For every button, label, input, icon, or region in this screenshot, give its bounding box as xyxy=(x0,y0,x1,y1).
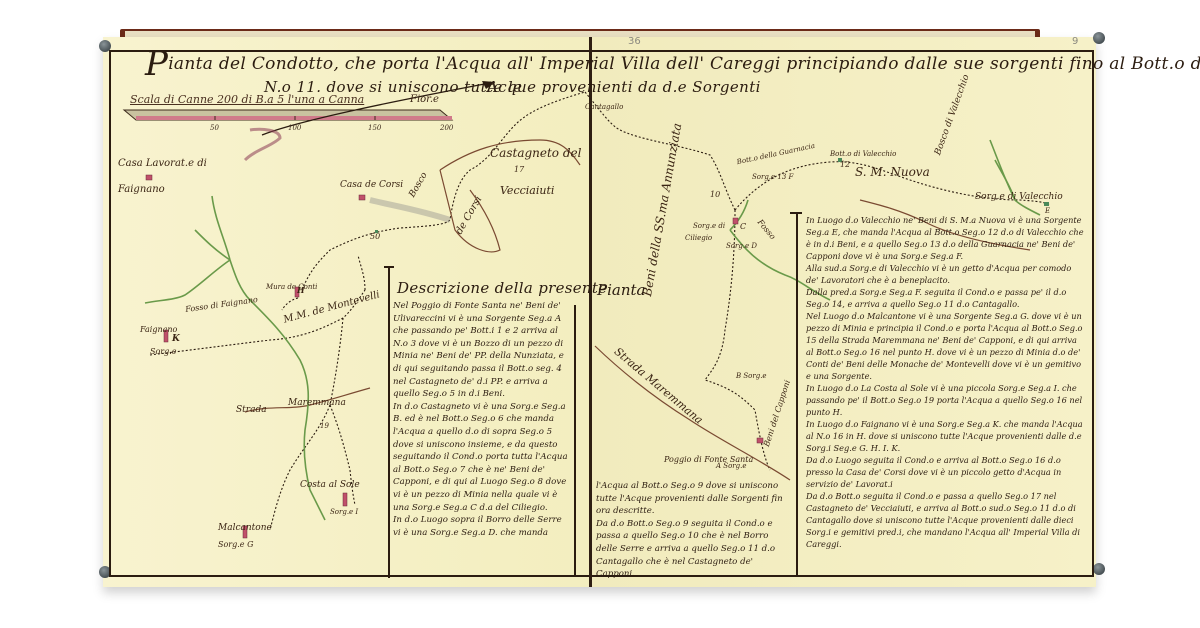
label-k: K xyxy=(172,334,180,344)
desc-right-rule xyxy=(796,212,798,577)
description-paragraph: In d.o Castagneto vi è una Sorg.e Seg.a … xyxy=(393,401,571,514)
label-c: C xyxy=(740,222,746,231)
label-vecciaiuti: Vecciaiuti xyxy=(500,184,554,197)
scale-tick-100: 100 xyxy=(288,124,301,132)
label-faignano-left: Faignano xyxy=(140,325,177,334)
label-malcantone: Malcantone xyxy=(218,523,272,533)
label-castagneto: Castagneto del xyxy=(490,146,581,160)
desc-mid-rule xyxy=(574,305,576,577)
description-heading-word: Pianta xyxy=(597,281,645,299)
map-subtitle-right: Acque provenienti da d.e Sorgenti xyxy=(487,78,761,96)
description-paragraph: In Luogo d.o Valecchio ne' Beni di S. M.… xyxy=(806,214,1086,262)
scale-tick-150: 150 xyxy=(368,124,381,132)
description-column-3: In Luogo d.o Valecchio ne' Beni di S. M.… xyxy=(806,214,1086,550)
label-sorg-i: Sorg.e I xyxy=(330,508,358,516)
description-paragraph: Nel Poggio di Fonte Santa ne' Beni de' U… xyxy=(393,300,571,401)
description-paragraph: Dalla pred.a Sorg.e Seg.a F. seguita il … xyxy=(806,286,1086,310)
desc-left-rule xyxy=(388,266,390,578)
label-bottino-10: 10 xyxy=(710,190,720,199)
label-mura-de-conti: Mura de Conti xyxy=(266,283,317,291)
description-paragraph: l'Acqua al Bott.o Seg.o 9 dove si unisco… xyxy=(596,480,791,518)
description-paragraph: Alla sud.a Sorg.e di Valecchio vi è un g… xyxy=(806,262,1086,286)
desc-left-cap xyxy=(384,266,394,268)
label-bottino-50: 50 xyxy=(370,232,380,241)
label-bottino-17: 17 xyxy=(514,165,524,174)
label-costa-al-sole: Costa al Sole xyxy=(300,480,360,490)
label-h: H xyxy=(297,285,305,295)
description-paragraph: Da d.o Luogo seguita il Cond.o e arriva … xyxy=(806,454,1086,490)
label-sorg-valecchio: Sorg.e di Valecchio xyxy=(975,192,1063,202)
scale-bar-graphic xyxy=(124,110,452,120)
label-maremmana-left: Maremmana xyxy=(288,398,346,408)
label-santa-maria-nuova: S. M. Nuova xyxy=(855,165,930,179)
map-title-text: ianta del Condotto, che porta l'Acqua al… xyxy=(168,54,1200,74)
label-casa-lavoratore: Casa Lavorat.e di xyxy=(118,158,207,169)
description-paragraph: Da d.o Bott.o Seg.o 9 seguita il Cond.o … xyxy=(596,518,791,581)
label-casa-de-corsi: Casa de Corsi xyxy=(340,180,403,190)
description-column-1: Nel Poggio di Fonte Santa ne' Beni de' U… xyxy=(393,300,571,539)
description-paragraph: In Luogo d.o Faignano vi è una Sorg.e Se… xyxy=(806,418,1086,454)
label-sorg-g: Sorg.e G xyxy=(218,540,253,549)
scale-label-fiorentine: Fior.e xyxy=(410,94,439,105)
label-faignano-top: Faignano xyxy=(118,184,165,195)
description-paragraph: Da d.o Bott.o seguita il Cond.o e passa … xyxy=(806,490,1086,550)
label-sorg-k: Sorg.e xyxy=(150,347,177,356)
scale-tick-200: 200 xyxy=(440,124,453,132)
label-sorg-a: A Sorg.e xyxy=(716,462,747,470)
label-cantagallo: Cantagallo xyxy=(585,103,623,111)
label-ciliegio: Ciliegio xyxy=(685,234,712,242)
scale-tick-50: 50 xyxy=(210,124,219,132)
label-sorg-d: Sorg.e D xyxy=(726,242,757,250)
label-sorg-13-f: Sorg.e 13 F xyxy=(752,173,793,181)
label-bottino-19: 19 xyxy=(320,422,329,430)
map-title: Pianta del Condotto, che porta l'Acqua a… xyxy=(145,50,1200,78)
map-title-initial: P xyxy=(145,44,168,84)
description-heading: Descrizione della presente xyxy=(397,279,607,297)
description-paragraph: In Luogo d.o La Costa al Sole vi è una p… xyxy=(806,382,1086,418)
label-sorg-c: Sorg.e di xyxy=(693,222,725,230)
scale-title: Scala di Canne 200 di B.a 5 l'una a Cann… xyxy=(130,93,364,106)
description-paragraph: In d.o Luogo sopra il Borro delle Serre … xyxy=(393,514,571,539)
desc-right-cap xyxy=(790,212,802,214)
description-column-2: l'Acqua al Bott.o Seg.o 9 dove si unisco… xyxy=(596,480,791,581)
description-paragraph: Nel Luogo d.o Malcantone vi è una Sorgen… xyxy=(806,310,1086,382)
label-sorg-b: B Sorg.e xyxy=(736,372,767,380)
label-bott-valecchio: Bott.o di Valecchio xyxy=(830,150,896,158)
label-strada-left: Strada xyxy=(236,405,267,415)
label-bottino-12: 12 xyxy=(840,160,850,169)
